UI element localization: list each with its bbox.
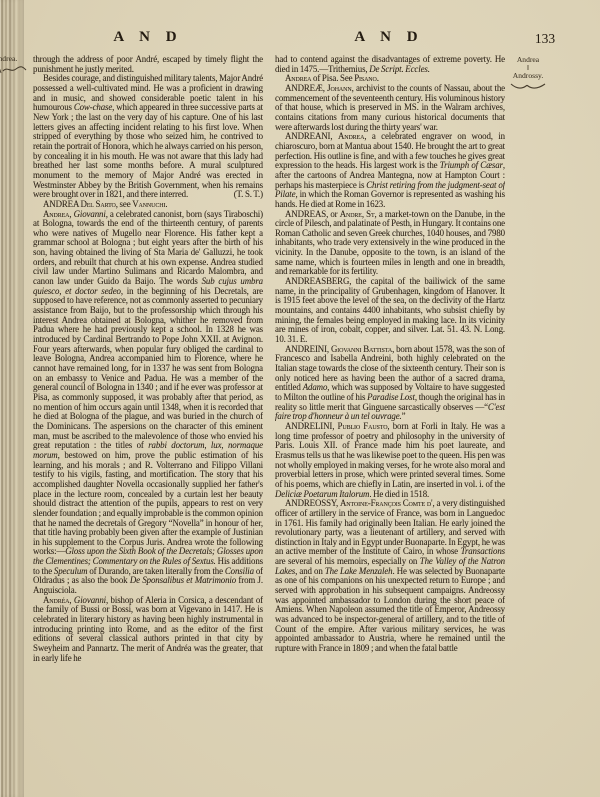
- paragraph: ANDREINI, Giovanni Battista, born about …: [275, 345, 505, 422]
- paragraph-text: ANDREÆ, Johann, archivist to the counts …: [275, 83, 505, 132]
- paragraph: Andréa, Giovanni, bishop of Aleria in Co…: [33, 596, 263, 664]
- scanned-book-page: A N D A N D 133 Andrea. Andrea ‖ Andross…: [0, 0, 600, 797]
- margin-note-left-text: Andrea.: [0, 54, 17, 63]
- paragraph: ANDREAS, or Andre, St, a market-town on …: [275, 210, 505, 278]
- paragraph-text: had to contend against the disadvantages…: [275, 55, 505, 74]
- paragraph-text: Andrea, Giovanni, a celebrated canonist,…: [33, 209, 263, 596]
- paragraph: Andrea, Giovanni, a celebrated canonist,…: [33, 210, 263, 596]
- paragraph: ANDREANI, Andrea, a celebrated engraver …: [275, 132, 505, 209]
- paragraph-text: ANDREA Del Sarto, see Vannuchi.: [43, 199, 167, 209]
- text-column-left: through the address of poor André, escap…: [33, 55, 263, 723]
- paragraph: ANDRELINI, Publio Fausto, born at Forli …: [275, 422, 505, 499]
- margin-note-right-bottom: Androssy.: [504, 72, 552, 81]
- paragraph: ANDREOSSY, Antoine-François Comte d', a …: [275, 499, 505, 654]
- underbrace-flourish-icon: [509, 81, 547, 91]
- paragraph-text: through the address of poor André, escap…: [33, 55, 263, 74]
- text-column-right: had to contend against the disadvantages…: [275, 55, 505, 723]
- paragraph-text: Andréa, Giovanni, bishop of Aleria in Co…: [33, 595, 263, 663]
- running-head-right: A N D: [274, 29, 504, 49]
- page-number: 133: [520, 31, 570, 47]
- running-head-left: A N D: [33, 29, 263, 49]
- paragraph-text: Andrea of Pisa. See Pisano.: [285, 73, 379, 83]
- paragraph: had to contend against the disadvantages…: [275, 55, 505, 74]
- paragraph-text: ANDREASBERG, the capital of the bailiwic…: [275, 276, 505, 344]
- margin-note-left: Andrea.: [0, 55, 31, 75]
- paragraph-text: ANDREANI, Andrea, a celebrated engraver …: [275, 131, 505, 209]
- margin-note-right: Andrea ‖ Androssy.: [504, 56, 552, 91]
- paragraph-text: Besides courage, and distinguished milit…: [33, 73, 263, 199]
- paragraph: ANDREASBERG, the capital of the bailiwic…: [275, 277, 505, 345]
- paragraph: through the address of poor André, escap…: [33, 55, 263, 74]
- book-binding-edge: [0, 0, 24, 797]
- paragraph-text: ANDREINI, Giovanni Battista, born about …: [275, 344, 505, 422]
- paragraph-text: ANDREAS, or Andre, St, a market-town on …: [275, 209, 505, 277]
- paragraph: Besides courage, and distinguished milit…: [33, 74, 263, 200]
- paragraph-text: ANDREOSSY, Antoine-François Comte d', a …: [275, 498, 505, 653]
- paragraph: ANDREÆ, Johann, archivist to the counts …: [275, 84, 505, 132]
- text-columns: through the address of poor André, escap…: [33, 55, 505, 723]
- swash-flourish-icon: [0, 65, 27, 75]
- author-initials: (T. S. T.): [224, 190, 263, 200]
- paragraph-text: ANDRELINI, Publio Fausto, born at Forli …: [275, 421, 505, 499]
